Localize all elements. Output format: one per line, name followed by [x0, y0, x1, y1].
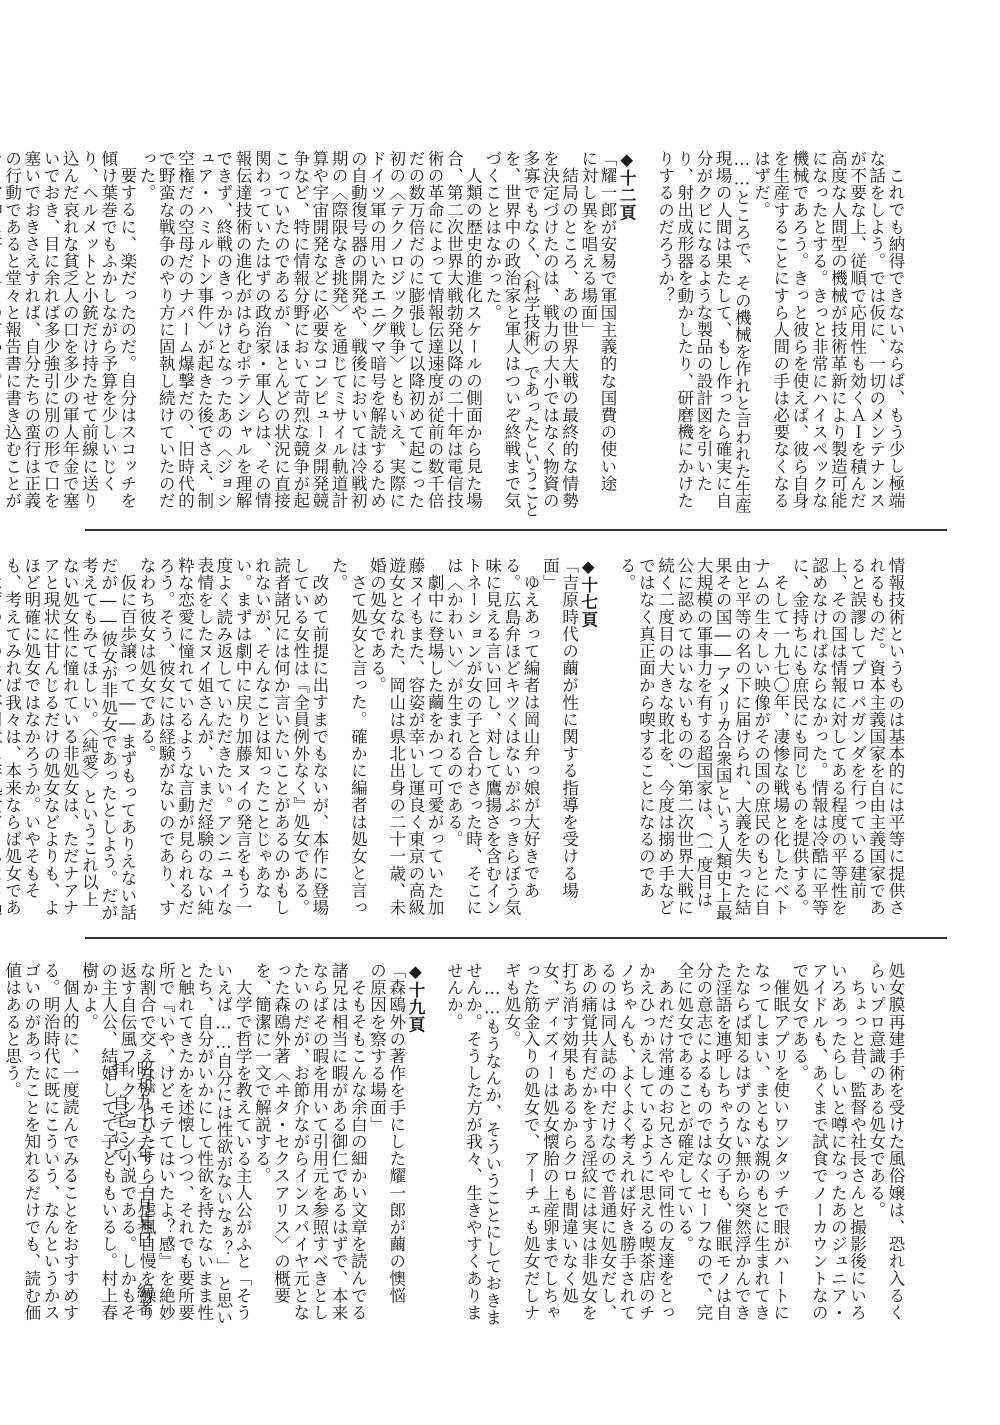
paragraph: さて処女と言った。確かに編者は処女と言った。 — [329, 557, 367, 923]
spacer — [598, 557, 617, 923]
section-heading-title: 「吉原時代の繭が性に関する指導を受ける場面」 — [540, 557, 578, 904]
section-divider — [85, 937, 947, 939]
paragraph: これでも納得できないならば、もう少し極端な話をしよう。では仮に、一切のメンテナン… — [751, 150, 905, 520]
spacer — [425, 962, 444, 1332]
spacer — [636, 150, 655, 520]
paragraph: 催眠アプリを使いワンタッチで眼がハートになってしまい、まともな親のもとに生まれて… — [675, 962, 790, 1332]
paragraph: ちょっと昔、監督や社長さんと撮影後にいろいろあったらしいと噂になったあのジュニア… — [790, 962, 867, 1332]
section-heading-marker: ◆十七頁 — [579, 557, 598, 923]
section-divider — [85, 529, 947, 531]
signature-date: 昭和九十二年 二月某日 — [134, 1060, 153, 1248]
paragraph: 劇中に登場した繭をかつて可愛がっていた加藤ヌイもまた、容姿が幸いし運良く東京の高… — [367, 557, 444, 923]
paragraph: 人類の歴史的進化スケールの側面から見た場合、第二次世界大戦勃発以降の二十年は電信… — [137, 150, 483, 520]
paragraph: そして一九七〇年、凄惨な戦場と化したベトナムの生々しい映像がその国の庶民のもとに… — [617, 557, 790, 923]
section-heading-title: 「耀一郎が安易で軍国主義的な国費の使い途に対し異を唱える場面」 — [579, 150, 617, 501]
paragraph: 改めて前提に出すまでもないが、本作に登場している女性は『全員例外なく』処女である… — [137, 557, 329, 923]
diamond-icon: ◆十二頁 — [617, 150, 636, 221]
paragraph: ゆえあって編者は岡山弁っ娘が大好きである。広島弁ほどキツくはないがぶっきらぼう気… — [444, 557, 540, 923]
signature-line: 昭和九十二年 二月某日 編者拝 自宅にて — [107, 1060, 155, 1330]
vertical-text-block: 処女膜再建手術を受けた風俗嬢は、恐れ入るくらいプロ意識のある処女である。 ちょっ… — [70, 962, 905, 1332]
paragraph: 情報技術というものは基本的には平等に提供されるものだ。資本主義国家を自由主義国家… — [790, 557, 905, 923]
diamond-icon: ◆十七頁 — [579, 557, 598, 628]
paragraph: ……もうなんか、そういうことにしておきませんか。そうした方が我々、生きやすくあり… — [444, 962, 502, 1332]
section-heading-marker: ◆十二頁 — [617, 150, 636, 520]
diamond-icon: ◆十九頁 — [406, 962, 425, 1033]
paragraph: ……ところで、その機械を作れと言われた生産現場の人間は果たして、もし作ったら確実… — [655, 150, 751, 520]
paragraph: 大学で哲学を教えている主人公がふと「そういえば……自分には性欲がないなぁ？」と思… — [79, 962, 252, 1332]
section-heading-marker: ◆十九頁 — [406, 962, 425, 1332]
paragraph: そもそもこんな余白の細かい文章を読んでる諸兄は相当に暇がある御仁であるはずで、本… — [252, 962, 367, 1332]
paragraph: 仮に百歩譲って――まずもってありえない話だが――彼女が非処女であったとしよう。だ… — [0, 557, 137, 923]
section-heading-title: 「森鴎外の著作を手にした耀一郎が繭の懊悩の原因を察する場面」 — [367, 962, 405, 1313]
section-top: これでも納得できないならば、もう少し極端な話をしよう。では仮に、一切のメンテナン… — [0, 150, 1000, 520]
vertical-text-block: 情報技術というものは基本的には平等に提供されるものだ。資本主義国家を自由主義国家… — [70, 557, 905, 923]
vertical-text-block: これでも納得できないならば、もう少し極端な話をしよう。では仮に、一切のメンテナン… — [70, 150, 905, 520]
signature-place: 自宅にて — [110, 1094, 129, 1162]
paragraph: 個人的に、一度読んでみることをおすすめする。明治時代に既にこういう、なんというか… — [2, 962, 79, 1332]
paragraph: 要するに、楽だったのだ。自分はスコッチを傾け葉巻でもふかしながら予算を少しいじく… — [0, 150, 137, 520]
section-middle: 情報技術というものは基本的には平等に提供されるものだ。資本主義国家を自由主義国家… — [0, 557, 1000, 923]
paragraph: 結局のところ、あの世界大戦の最終的な情勢を決定づけたのは、戦力の大小ではなく物資… — [483, 150, 579, 520]
paragraph: 処女膜再建手術を受けた風俗嬢は、恐れ入るくらいプロ意識のある処女である。 — [867, 962, 905, 1332]
paragraph: あれだけ常連のお兄さんや同性の友達をとっかえひっかえしているように思える喫茶店の… — [502, 962, 675, 1332]
